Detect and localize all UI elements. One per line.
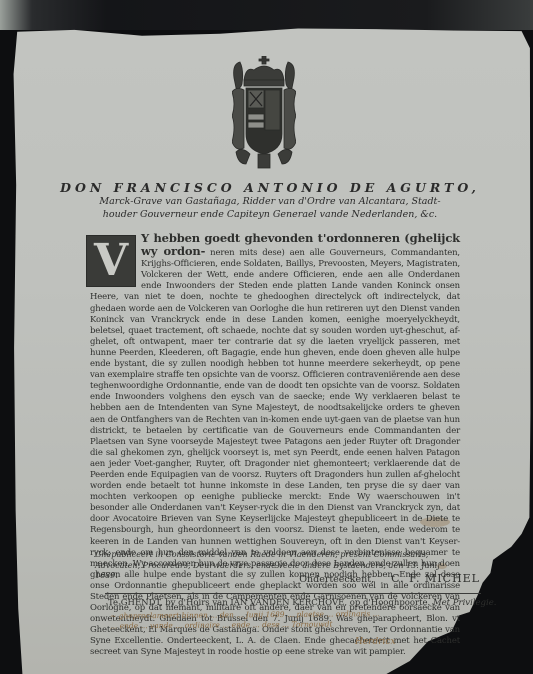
issuer-titles-line2: houder Gouverneur ende Capiteyn Generael…: [60, 209, 480, 221]
signature-block: Onderteeckent, C. F. MICHEL: [280, 572, 480, 585]
handwritten-signature: Herdricx: [355, 637, 396, 647]
issuer-name: DON FRANCISCO ANTONIO DE AGURTO,: [60, 180, 480, 195]
printer-imprint: Te GHENDT, by d'Hoirs van IAN VANDEN KER…: [108, 598, 483, 608]
signatory-name: C. F. MICHEL: [391, 572, 480, 585]
decorated-initial-icon: V: [86, 235, 136, 287]
document-header: DON FRANCISCO ANTONIO DE AGURTO, Marck-G…: [60, 180, 480, 221]
ordinance-body: V Y hebben goedt ghevonden t'ordonneren …: [90, 233, 460, 659]
photo-background: [0, 0, 533, 30]
coat-of-arms-icon: [232, 56, 296, 172]
privilege-text: Met Privilegie.: [433, 598, 497, 608]
handwritten-annotation: ~ gheproclameert binnen ... den ... Juni…: [110, 609, 440, 631]
ordinance-text: neren mits dese) aen alle Gouverneurs, C…: [90, 248, 460, 657]
signed-label: Onderteeckent,: [299, 574, 374, 585]
issuer-titles-line1: Marck-Grave van Gastañaga, Ridder van d'…: [60, 196, 480, 208]
divider: [105, 593, 481, 594]
printer-text: Te GHENDT, by d'Hoirs van IAN VANDEN KER…: [108, 598, 430, 608]
